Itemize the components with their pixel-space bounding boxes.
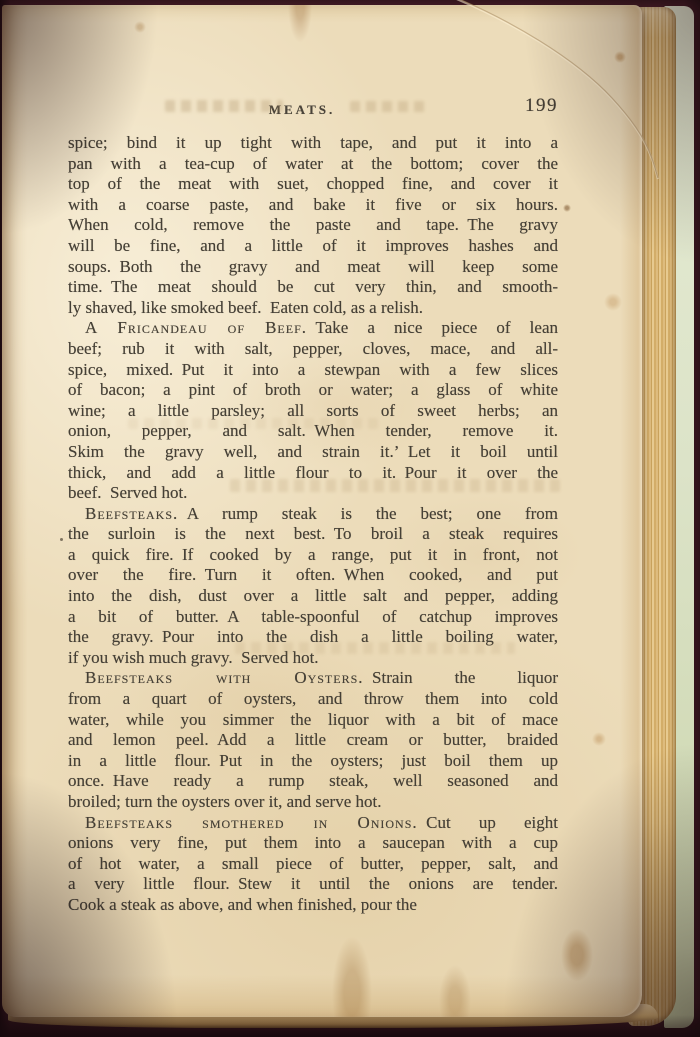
text-line: from a quart of oysters, and throw them … xyxy=(68,689,558,710)
recipe-heading: Beefsteaks smothered in Onions. xyxy=(85,813,418,832)
text-line: a quick fire. If cooked by a range, put … xyxy=(68,545,558,566)
text-line: the gravy. Pour into the dish a little b… xyxy=(68,627,558,648)
text-line: beef. Served hot. xyxy=(68,483,558,504)
text-line: soups. Both the gravy and meat will keep… xyxy=(68,257,558,278)
body-text: spice; bind it up tight with tape, and p… xyxy=(68,133,558,916)
text-line: When cold, remove the paste and tape. Th… xyxy=(68,215,558,236)
recipe-heading: A Fricandeau of Beef. xyxy=(85,318,307,337)
text-line: over the fire. Turn it often. When cooke… xyxy=(68,565,558,586)
text-line: onion, pepper, and salt. When tender, re… xyxy=(68,421,558,442)
printed-text: MEATS. 199 spice; bind it up tight with … xyxy=(68,100,558,916)
text-line: and lemon peel. Add a little cream or bu… xyxy=(68,730,558,751)
paragraph: Beefsteaks with Oysters. Strain the liqu… xyxy=(68,668,558,812)
recipe-heading: Beefsteaks with Oysters. xyxy=(85,668,364,687)
paragraph: Beefsteaks smothered in Onions. Cut up e… xyxy=(68,813,558,916)
text-line: spice; bind it up tight with tape, and p… xyxy=(68,133,558,154)
text-line: top of the meat with suet, chopped fine,… xyxy=(68,174,558,195)
text-line: spice, mixed. Put it into a stewpan with… xyxy=(68,360,558,381)
text-line: wine; a little parsley; all sorts of swe… xyxy=(68,401,558,422)
text-line: ly shaved, like smoked beef. Eaten cold,… xyxy=(68,298,558,319)
text-line: pan with a tea-cup of water at the botto… xyxy=(68,154,558,175)
text-line: Cook a steak as above, and when finished… xyxy=(68,895,558,916)
text-line: Beefsteaks with Oysters. Strain the liqu… xyxy=(68,668,558,689)
text-line: water, while you simmer the liquor with … xyxy=(68,710,558,731)
text-line: thick, and add a little flour to it. Pou… xyxy=(68,463,558,484)
text-line: time. The meat should be cut very thin, … xyxy=(68,277,558,298)
text-line: a bit of butter. A table-spoonful of cat… xyxy=(68,607,558,628)
text-line: in a little flour. Put in the oysters; j… xyxy=(68,751,558,772)
text-line: Beefsteaks smothered in Onions. Cut up e… xyxy=(68,813,558,834)
text-line: beef; rub it with salt, pepper, cloves, … xyxy=(68,339,558,360)
paragraph: A Fricandeau of Beef. Take a nice piece … xyxy=(68,318,558,503)
recipe-heading: Beefsteaks. xyxy=(85,504,178,523)
text-line: once. Have ready a rump steak, well seas… xyxy=(68,771,558,792)
text-line: if you wish much gravy. Served hot. xyxy=(68,648,558,669)
text-line: the surloin is the next best. To broil a… xyxy=(68,524,558,545)
paragraph: spice; bind it up tight with tape, and p… xyxy=(68,133,558,318)
text-line: broiled; turn the oysters over it, and s… xyxy=(68,792,558,813)
text-line: Beefsteaks. A rump steak is the best; on… xyxy=(68,504,558,525)
paragraph: Beefsteaks. A rump steak is the best; on… xyxy=(68,504,558,669)
page-number: 199 xyxy=(525,96,558,117)
text-line: will be fine, and a little of it improve… xyxy=(68,236,558,257)
text-line: A Fricandeau of Beef. Take a nice piece … xyxy=(68,318,558,339)
text-line: onions very fine, put them into a saucep… xyxy=(68,833,558,854)
text-line: of hot water, a small piece of butter, p… xyxy=(68,854,558,875)
text-line: Skim the gravy well, and strain it.’ Let… xyxy=(68,442,558,463)
text-line: a very little flour. Stew it until the o… xyxy=(68,874,558,895)
text-line: of bacon; a pint of broth or water; a gl… xyxy=(68,380,558,401)
book-page-photo: MEATS. 199 spice; bind it up tight with … xyxy=(0,0,700,1037)
text-line: with a coarse paste, and bake it five or… xyxy=(68,195,558,216)
text-line: into the dish, dust over a little salt a… xyxy=(68,586,558,607)
running-title: MEATS. xyxy=(68,100,536,121)
page-header: MEATS. 199 xyxy=(68,100,558,122)
